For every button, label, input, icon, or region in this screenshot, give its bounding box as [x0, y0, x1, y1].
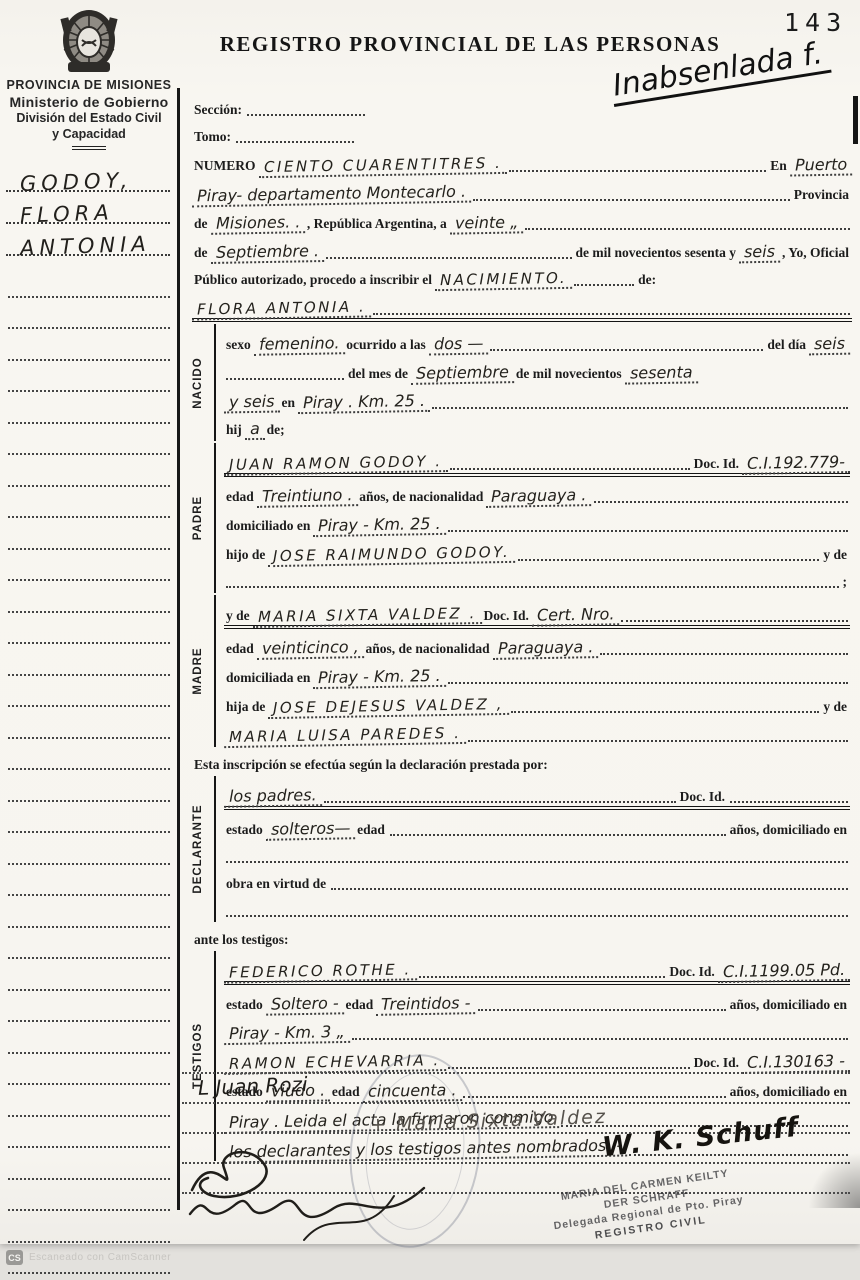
- madre-doc: Cert. Nro.: [532, 604, 620, 627]
- dotted-leader: [432, 407, 848, 409]
- sexo-row: sexo femenino. ocurrido a las dos — del …: [224, 325, 850, 354]
- novecientos-label: de mil novecientos: [514, 366, 625, 383]
- margin-blank-rules: [8, 266, 170, 1274]
- abuelo-value: JOSE DEJESUS VALDEZ ,: [268, 695, 509, 719]
- dotted-leader: [511, 711, 819, 713]
- section-content: JUAN RAMON GODOY . Doc. Id. C.I.192.779-…: [214, 443, 852, 593]
- section-label: NACIDO: [192, 357, 204, 408]
- padre-blank-row: ;: [224, 564, 850, 591]
- madre-abuela-row: MARIA LUISA PAREDES .: [224, 716, 850, 745]
- dotted-leader: [450, 468, 690, 470]
- obra-label: obra en virtud de: [224, 876, 329, 893]
- madre-abuelo-row: hija de JOSE DEJESUS VALDEZ , y de: [224, 687, 850, 716]
- testigos-intro-row: ante los testigos:: [192, 922, 852, 949]
- section-content: y de MARIA SIXTA VALDEZ . Doc. Id. Cert.…: [214, 595, 852, 747]
- camscanner-text: Escaneado con CamScanner: [29, 1252, 171, 1263]
- seccion-row: Sección:: [192, 92, 852, 119]
- dotted-leader: [478, 1009, 726, 1011]
- dotted-leader: [518, 559, 820, 561]
- padre-domicilio-row: domiciliado en Piray - Km. 25 .: [224, 506, 850, 535]
- signature-rule: [182, 1102, 850, 1104]
- dia-label: del día: [765, 337, 809, 354]
- form-body: Sección: Tomo: NUMERO CIENTO CUARENTITRE…: [182, 92, 852, 1161]
- dotted-leader: [574, 284, 634, 286]
- mes-label: del mes de: [346, 366, 411, 383]
- madre-domicilio-row: domiciliada en Piray - Km. 25 .: [224, 658, 850, 687]
- declaracion-intro-label: Esta inscripción se efectúa según la dec…: [192, 757, 551, 774]
- testigo1-doc: C.I.1199.05 Pd.: [718, 960, 851, 983]
- camscanner-badge-icon: CS: [6, 1250, 23, 1265]
- testigo1-estado-row: estado Soltero - edad Treintidos - años,…: [224, 985, 850, 1014]
- domicilio-label: domiciliada en: [224, 670, 313, 687]
- margin-registrant-name: GODOY, FLORA ANTONIA: [6, 160, 170, 256]
- nacionalidad-label: años, de nacionalidad: [357, 489, 486, 506]
- lugar-value: Piray . Km. 25 .: [298, 391, 430, 414]
- blank-field: [730, 801, 848, 803]
- dotted-leader: [448, 682, 848, 684]
- abuela-value: MARIA LUISA PAREDES .: [224, 724, 467, 748]
- inscripto-nombre: FLORA ANTONIA .: [192, 297, 372, 320]
- acto-value: NACIMIENTO.: [435, 269, 572, 291]
- section-madre: MADRE y de MARIA SIXTA VALDEZ . Doc. Id.…: [182, 595, 852, 747]
- dotted-leader: [525, 228, 850, 230]
- seccion-label: Sección:: [192, 102, 245, 119]
- mes-row: del mes de Septiembre de mil novecientos…: [224, 354, 850, 383]
- dotted-leader: [473, 199, 790, 201]
- de-label: de:: [636, 272, 659, 289]
- section-tab: NACIDO: [182, 324, 214, 441]
- sexo-value: femenino.: [254, 333, 345, 356]
- numero-label: NUMERO: [192, 158, 259, 175]
- page-title: REGISTRO PROVINCIAL DE LAS PERSONAS: [190, 32, 750, 57]
- official-stamp-text: MARIA DEL CARMEN KEILTY DER SCHRAFF Dele…: [549, 1165, 746, 1248]
- provincia-row: de Misiones. . , República Argentina, a …: [192, 204, 852, 233]
- dotted-leader: [226, 378, 344, 380]
- edad-label: edad: [355, 822, 388, 839]
- en-label: en: [280, 395, 299, 412]
- oficial-label: , Yo, Oficial: [780, 245, 852, 262]
- dotted-leader: [373, 313, 850, 315]
- scanned-page: PROVINCIA DE MISIONES Ministerio de Gobi…: [0, 0, 860, 1244]
- section-label: PADRE: [192, 496, 204, 540]
- section-declarante: DECLARANTE los padres. Doc. Id. estado s…: [182, 776, 852, 922]
- y-de-label: y de: [224, 608, 253, 625]
- publico-row: Público autorizado, procedo a inscribir …: [192, 262, 852, 289]
- hijo-row: hij a de;: [224, 412, 850, 439]
- dia-value: seis: [809, 334, 850, 356]
- dotted-leader: [419, 976, 666, 978]
- lugar-value: Puerto: [790, 154, 853, 176]
- anios-label: años, domiciliado en: [728, 822, 850, 839]
- blank-field: [390, 834, 726, 836]
- provincia-value: Misiones. .: [210, 212, 305, 235]
- madre-nombre: MARIA SIXTA VALDEZ .: [252, 604, 481, 628]
- section-padre: PADRE JUAN RAMON GODOY . Doc. Id. C.I.19…: [182, 443, 852, 593]
- madre-edad-row: edad veinticinco , años, de nacionalidad…: [224, 629, 850, 658]
- publico-label: Público autorizado, procedo a inscribir …: [192, 272, 435, 289]
- org-divider: [72, 146, 106, 150]
- dotted-leader: [594, 501, 848, 503]
- dotted-leader: [324, 801, 676, 803]
- padre-abuelo-row: hijo de JOSE RAIMUNDO GODOY. y de: [224, 535, 850, 564]
- de-label: de;: [265, 422, 288, 439]
- anios-label: años, domiciliado en: [728, 997, 850, 1014]
- en-label: En: [768, 158, 790, 175]
- blank-field: [236, 141, 354, 143]
- dotted-leader: [509, 170, 766, 172]
- blank-field: [226, 861, 848, 863]
- dotted-leader: [448, 530, 848, 532]
- dotted-leader: [468, 740, 848, 742]
- left-margin-column: PROVINCIA DE MISIONES Ministerio de Gobi…: [0, 0, 178, 1244]
- domicilio-value: Piray - Km. 25 .: [313, 666, 446, 689]
- blank-field: [226, 915, 848, 917]
- hijo-de-label: hijo de: [224, 547, 268, 564]
- provincial-seal-icon: [52, 6, 126, 78]
- section-tab: MADRE: [182, 595, 214, 747]
- obra-row: obra en virtud de: [224, 866, 850, 893]
- margin-name-text: ANTONIA: [20, 232, 151, 261]
- signature-oficial: W. K. Schuff: [601, 1112, 800, 1163]
- nacionalidad-value: Paraguaya .: [493, 637, 599, 660]
- dotted-leader: [621, 620, 848, 622]
- dotted-leader: [326, 257, 572, 259]
- madre-nombre-row: y de MARIA SIXTA VALDEZ . Doc. Id. Cert.…: [224, 596, 850, 629]
- numero-row: NUMERO CIENTO CUARENTITRES . En Puerto: [192, 146, 852, 175]
- org-line: División del Estado Civil: [0, 111, 178, 127]
- lugar-row: y seis en Piray . Km. 25 .: [224, 383, 850, 412]
- estado-label: estado: [224, 822, 266, 839]
- edad-value: veinticinco ,: [257, 637, 364, 660]
- inscripto-row: FLORA ANTONIA .: [192, 289, 852, 322]
- fecha-row: de Septiembre . de mil novecientos sesen…: [192, 233, 852, 262]
- declaracion-intro-row: Esta inscripción se efectúa según la dec…: [192, 747, 852, 774]
- puntuacion: ;: [841, 574, 851, 591]
- organization-lines: PROVINCIA DE MISIONES Ministerio de Gobi…: [0, 78, 178, 142]
- testigo1-domicilio-row: Piray - Km. 3 „: [224, 1014, 850, 1043]
- declarante-value: los padres.: [224, 785, 322, 808]
- hij-label: hij: [224, 422, 245, 439]
- intro-block: Sección: Tomo: NUMERO CIENTO CUARENTITRE…: [182, 92, 852, 322]
- hij-value: a: [245, 419, 265, 440]
- dia-value: veinte „: [450, 212, 524, 234]
- edad-label: edad: [343, 997, 376, 1014]
- de-label: de: [192, 216, 211, 233]
- edad-label: edad: [224, 489, 257, 506]
- anio2-value: y seis: [224, 392, 280, 414]
- form-left-rule: [177, 88, 180, 1210]
- estado-value: solteros—: [266, 818, 356, 841]
- doc-label: Doc. Id.: [692, 456, 742, 473]
- y-de-label: y de: [821, 547, 850, 564]
- blank-field: [331, 888, 848, 890]
- domicilio-value: Piray - Km. 25 .: [313, 514, 446, 537]
- y-de-label: y de: [821, 699, 850, 716]
- section-tab: DECLARANTE: [182, 776, 214, 922]
- section-content: los padres. Doc. Id. estado solteros— ed…: [214, 776, 852, 922]
- margin-name-line: GODOY,: [6, 160, 170, 192]
- mes-value: Septiembre: [411, 362, 514, 385]
- padre-edad-row: edad Treintiuno . años, de nacionalidad …: [224, 477, 850, 506]
- blank-row: [224, 893, 850, 920]
- estado-label: estado: [224, 997, 266, 1014]
- org-line: PROVINCIA DE MISIONES: [0, 78, 178, 94]
- de-label: de: [192, 245, 211, 262]
- estado-value: Soltero -: [266, 993, 344, 1015]
- doc-label: Doc. Id.: [678, 789, 728, 806]
- dotted-leader: [600, 653, 848, 655]
- org-line: y Capacidad: [0, 127, 178, 143]
- doc-label: Doc. Id.: [667, 964, 717, 981]
- margin-name-line: ANTONIA: [6, 224, 170, 256]
- sexo-label: sexo: [224, 337, 254, 354]
- edad-value: Treintidos -: [376, 993, 476, 1016]
- declaracion-intro: Esta inscripción se efectúa según la dec…: [182, 747, 852, 774]
- doc-label: Doc. Id.: [481, 608, 531, 625]
- signature-scribble-icon: [184, 1174, 434, 1244]
- signatures-area: L Juan Rozi + Maria Sixta Valdez W. K. S…: [182, 1058, 852, 1234]
- ocurrido-label: ocurrido a las: [344, 337, 429, 354]
- novecientos-label: de mil novecientos sesenta y: [574, 245, 739, 262]
- testigo1-nombre: FEDERICO ROTHE .: [224, 960, 417, 983]
- domicilio-value: Piray - Km. 3 „: [224, 1022, 350, 1045]
- provincia-label: Provincia: [792, 187, 852, 204]
- testigo1-nombre-row: FEDERICO ROTHE . Doc. Id. C.I.1199.05 Pd…: [224, 952, 850, 985]
- declarante-estado-row: estado solteros— edad años, domiciliado …: [224, 810, 850, 839]
- tomo-label: Tomo:: [192, 129, 234, 146]
- anio-value: seis: [739, 242, 780, 264]
- lugar-row: Piray- departamento Montecarlo . Provinc…: [192, 175, 852, 204]
- section-label: DECLARANTE: [192, 804, 204, 893]
- nacionalidad-value: Paraguaya .: [486, 485, 592, 508]
- edad-value: Treintiuno .: [257, 485, 358, 508]
- edad-label: edad: [224, 641, 257, 658]
- mes-value: Septiembre .: [210, 241, 323, 264]
- margin-name-line: FLORA: [6, 192, 170, 224]
- dotted-leader: [226, 586, 839, 588]
- letterhead: PROVINCIA DE MISIONES Ministerio de Gobi…: [0, 6, 178, 150]
- section-label: MADRE: [192, 647, 204, 694]
- hija-de-label: hija de: [224, 699, 268, 716]
- tomo-row: Tomo:: [192, 119, 852, 146]
- testigos-intro-label: ante los testigos:: [192, 932, 292, 949]
- declarante-row: los padres. Doc. Id.: [224, 777, 850, 810]
- scanner-watermark: CS Escaneado con CamScanner: [6, 1250, 171, 1265]
- padre-nombre-row: JUAN RAMON GODOY . Doc. Id. C.I.192.779-: [224, 444, 850, 477]
- dotted-leader: [352, 1038, 848, 1040]
- anio-value: sesenta: [624, 362, 697, 384]
- testigos-intro: ante los testigos:: [182, 922, 852, 949]
- domicilio-label: domiciliado en: [224, 518, 313, 535]
- signature-declarante-padre: L Juan Rozi: [198, 1072, 308, 1100]
- padre-doc: C.I.192.779-: [742, 452, 850, 475]
- section-tab: PADRE: [182, 443, 214, 593]
- blank-row: [224, 839, 850, 866]
- section-nacido: NACIDO sexo femenino. ocurrido a las dos…: [182, 324, 852, 441]
- org-line: Ministerio de Gobierno: [0, 94, 178, 112]
- hora-value: dos —: [429, 333, 489, 355]
- dotted-leader: [490, 349, 763, 351]
- page-number: 143: [784, 8, 847, 37]
- republica-label: , República Argentina, a: [305, 216, 450, 233]
- padre-nombre: JUAN RAMON GODOY .: [224, 452, 448, 476]
- scan-edge-artifact: [853, 96, 858, 144]
- section-content: sexo femenino. ocurrido a las dos — del …: [214, 324, 852, 441]
- blank-field: [247, 114, 365, 116]
- nacionalidad-label: años, de nacionalidad: [364, 641, 493, 658]
